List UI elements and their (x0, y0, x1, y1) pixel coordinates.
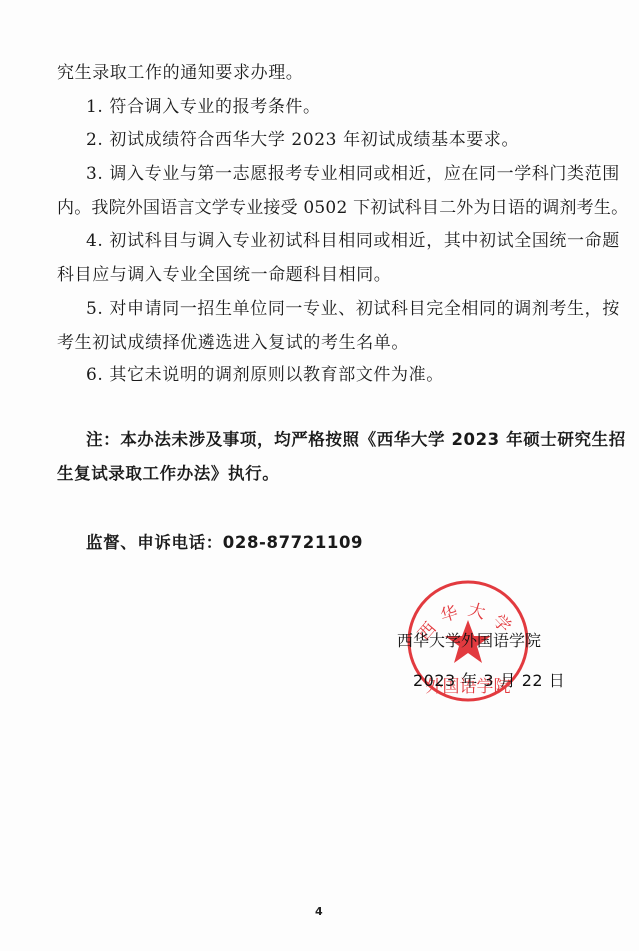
rule-item-4-cont: 科目应与调入专业全国统一命题科目相同。 (57, 265, 391, 285)
rule-item-5-cont: 考生初试成绩择优遴选进入复试的考生名单。 (57, 333, 409, 353)
rule-item-4: 4. 初试科目与调入专业初试科目相同或相近，其中初试全国统一命题 (86, 231, 620, 251)
page-number: 4 (315, 905, 323, 918)
note-line-2: 生复试录取工作办法》执行。 (57, 464, 279, 484)
rule-item-6: 6. 其它未说明的调剂原则以教育部文件为准。 (86, 365, 444, 385)
rule-item-3: 3. 调入专业与第一志愿报考专业相同或相近，应在同一学科门类范围 (86, 164, 620, 184)
paragraph-continuation: 究生录取工作的通知要求办理。 (57, 63, 303, 83)
rule-item-2: 2. 初试成绩符合西华大学 2023 年初试成绩基本要求。 (86, 130, 519, 150)
rule-item-3-cont: 内。我院外国语言文学专业接受 0502 下初试科目二外为日语的调剂考生。 (57, 198, 628, 218)
rule-item-1: 1. 符合调入专业的报考条件。 (86, 97, 321, 117)
contact-phone: 监督、申诉电话：028-87721109 (86, 533, 363, 553)
signature-org: 西华大学外国语学院 (397, 628, 541, 651)
rule-item-5: 5. 对申请同一招生单位同一专业、初试科目完全相同的调剂考生，按 (86, 299, 620, 319)
note-line-1: 注：本办法未涉及事项，均严格按照《西华大学 2023 年硕士研究生招 (86, 430, 626, 450)
signature-date: 2023 年 3 月 22 日 (413, 668, 565, 691)
